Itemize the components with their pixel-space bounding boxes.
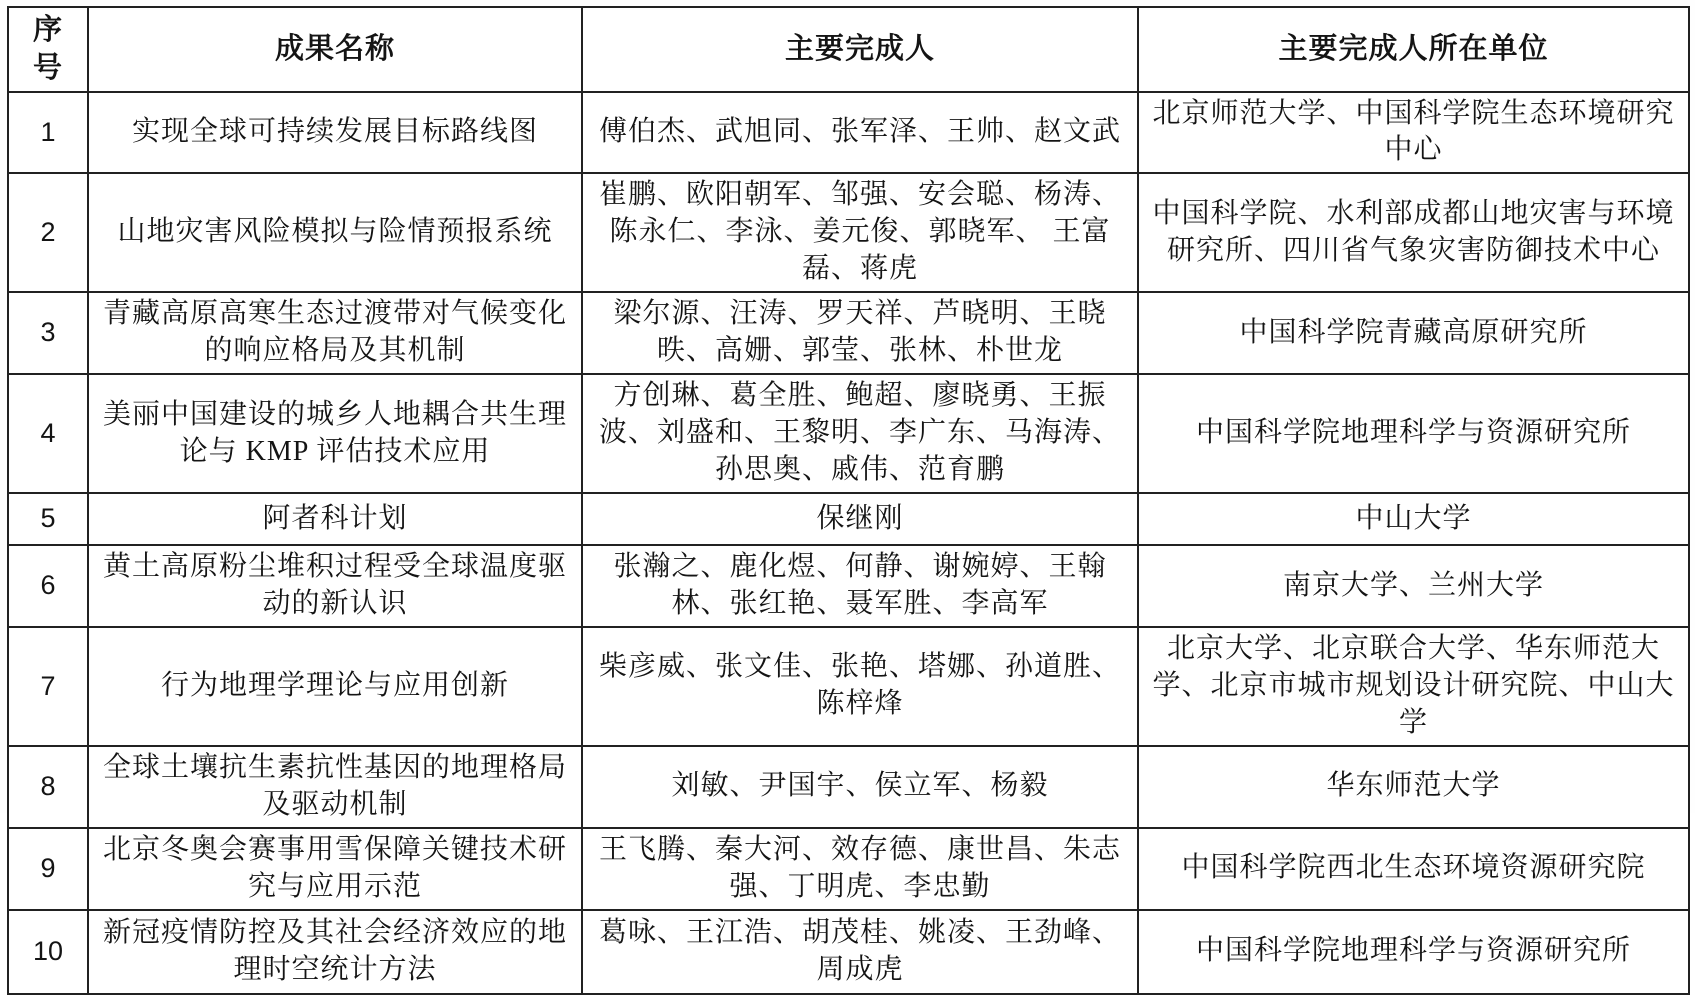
cell-number: 6 [8, 545, 88, 627]
table-row: 2 山地灾害风险模拟与险情预报系统 崔鹏、欧阳朝军、邹强、安会聪、杨涛、陈永仁、… [8, 173, 1689, 292]
cell-number: 5 [8, 493, 88, 545]
cell-achievement-name: 实现全球可持续发展目标路线图 [88, 92, 582, 174]
column-header-contributors: 主要完成人 [582, 7, 1138, 92]
table-row: 8 全球土壤抗生素抗性基因的地理格局及驱动机制 刘敏、尹国宇、侯立军、杨毅 华东… [8, 746, 1689, 828]
cell-achievement-name: 新冠疫情防控及其社会经济效应的地理时空统计方法 [88, 910, 582, 994]
cell-number: 2 [8, 173, 88, 292]
table-row: 9 北京冬奥会赛事用雪保障关键技术研究与应用示范 王飞腾、秦大河、效存德、康世昌… [8, 828, 1689, 910]
cell-number: 3 [8, 292, 88, 374]
cell-contributors: 傅伯杰、武旭同、张军泽、王帅、赵文武 [582, 92, 1138, 174]
cell-achievement-name: 美丽中国建设的城乡人地耦合共生理论与 KMP 评估技术应用 [88, 374, 582, 493]
cell-number: 10 [8, 910, 88, 994]
cell-number: 7 [8, 627, 88, 746]
cell-contributors: 方创琳、葛全胜、鲍超、廖晓勇、王振波、刘盛和、王黎明、李广东、马海涛、孙思奥、戚… [582, 374, 1138, 493]
cell-achievement-name: 山地灾害风险模拟与险情预报系统 [88, 173, 582, 292]
cell-institution: 中国科学院青藏高原研究所 [1138, 292, 1689, 374]
table-header-row: 序号 成果名称 主要完成人 主要完成人所在单位 [8, 7, 1689, 92]
cell-institution: 南京大学、兰州大学 [1138, 545, 1689, 627]
cell-institution: 中国科学院、水利部成都山地灾害与环境研究所、四川省气象灾害防御技术中心 [1138, 173, 1689, 292]
cell-achievement-name: 阿者科计划 [88, 493, 582, 545]
cell-achievement-name: 北京冬奥会赛事用雪保障关键技术研究与应用示范 [88, 828, 582, 910]
cell-number: 1 [8, 92, 88, 174]
table-row: 5 阿者科计划 保继刚 中山大学 [8, 493, 1689, 545]
cell-institution: 北京大学、北京联合大学、华东师范大学、北京市城市规划设计研究院、中山大学 [1138, 627, 1689, 746]
cell-contributors: 崔鹏、欧阳朝军、邹强、安会聪、杨涛、陈永仁、李泳、姜元俊、郭晓军、 王富磊、蒋虎 [582, 173, 1138, 292]
cell-number: 4 [8, 374, 88, 493]
cell-achievement-name: 黄土高原粉尘堆积过程受全球温度驱动的新认识 [88, 545, 582, 627]
cell-institution: 中国科学院地理科学与资源研究所 [1138, 910, 1689, 994]
cell-contributors: 葛咏、王江浩、胡茂桂、姚凌、王劲峰、周成虎 [582, 910, 1138, 994]
cell-contributors: 王飞腾、秦大河、效存德、康世昌、朱志强、丁明虎、李忠勤 [582, 828, 1138, 910]
column-header-achievement-name: 成果名称 [88, 7, 582, 92]
column-header-number: 序号 [8, 7, 88, 92]
cell-achievement-name: 全球土壤抗生素抗性基因的地理格局及驱动机制 [88, 746, 582, 828]
cell-institution: 华东师范大学 [1138, 746, 1689, 828]
cell-contributors: 梁尔源、汪涛、罗天祥、芦晓明、王晓昳、高姗、郭莹、张林、朴世龙 [582, 292, 1138, 374]
cell-institution: 中山大学 [1138, 493, 1689, 545]
table-row: 10 新冠疫情防控及其社会经济效应的地理时空统计方法 葛咏、王江浩、胡茂桂、姚凌… [8, 910, 1689, 994]
cell-contributors: 张瀚之、鹿化煜、何静、谢婉婷、王翰林、张红艳、聂军胜、李高军 [582, 545, 1138, 627]
cell-institution: 中国科学院西北生态环境资源研究院 [1138, 828, 1689, 910]
table-row: 6 黄土高原粉尘堆积过程受全球温度驱动的新认识 张瀚之、鹿化煜、何静、谢婉婷、王… [8, 545, 1689, 627]
document-page: 序号 成果名称 主要完成人 主要完成人所在单位 1 实现全球可持续发展目标路线图… [0, 0, 1695, 813]
cell-contributors: 刘敏、尹国宇、侯立军、杨毅 [582, 746, 1138, 828]
column-header-institution: 主要完成人所在单位 [1138, 7, 1689, 92]
table-row: 3 青藏高原高寒生态过渡带对气候变化的响应格局及其机制 梁尔源、汪涛、罗天祥、芦… [8, 292, 1689, 374]
cell-institution: 北京师范大学、中国科学院生态环境研究中心 [1138, 92, 1689, 174]
cell-achievement-name: 行为地理学理论与应用创新 [88, 627, 582, 746]
table-row: 4 美丽中国建设的城乡人地耦合共生理论与 KMP 评估技术应用 方创琳、葛全胜、… [8, 374, 1689, 493]
cell-number: 8 [8, 746, 88, 828]
table-row: 1 实现全球可持续发展目标路线图 傅伯杰、武旭同、张军泽、王帅、赵文武 北京师范… [8, 92, 1689, 174]
cell-achievement-name: 青藏高原高寒生态过渡带对气候变化的响应格局及其机制 [88, 292, 582, 374]
cell-institution: 中国科学院地理科学与资源研究所 [1138, 374, 1689, 493]
table-row: 7 行为地理学理论与应用创新 柴彦威、张文佳、张艳、塔娜、孙道胜、陈梓烽 北京大… [8, 627, 1689, 746]
cell-contributors: 保继刚 [582, 493, 1138, 545]
cell-contributors: 柴彦威、张文佳、张艳、塔娜、孙道胜、陈梓烽 [582, 627, 1138, 746]
achievements-table: 序号 成果名称 主要完成人 主要完成人所在单位 1 实现全球可持续发展目标路线图… [7, 6, 1690, 995]
cell-number: 9 [8, 828, 88, 910]
